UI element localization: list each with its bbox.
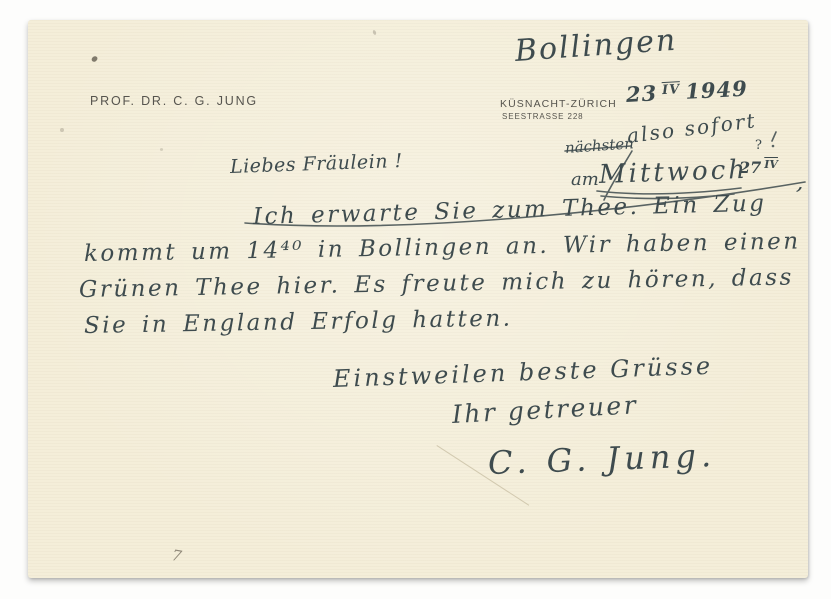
handwritten-date: 23 IV 1949 — [625, 76, 748, 107]
annotation-prefix: am — [571, 169, 599, 190]
closing-greeting: Einstweilen beste Grüsse — [333, 352, 714, 393]
closing-valediction: Ihr getreuer — [451, 390, 639, 429]
body-line-3: Grünen Thee hier. Es freute mich zu höre… — [79, 265, 794, 303]
annotation-inserted-text: also sofort — [626, 108, 758, 148]
insert-tick-stroke — [772, 132, 776, 141]
date-month-roman: IV — [662, 82, 681, 98]
body-line-2: kommt um 14⁴⁰ in Bollingen an. Wir haben… — [84, 228, 801, 267]
annotation-date: 27 IV — [739, 158, 778, 177]
body-line-4: Sie in England Erfolg hatten. — [84, 306, 513, 339]
annotation-date-month-roman: IV — [764, 158, 778, 171]
handwritten-place: Bollingen — [514, 23, 679, 69]
letterhead-name: PROF. DR. C. G. JUNG — [90, 94, 258, 108]
annotation-comma: , — [795, 170, 805, 196]
annotation-crossed-word: nächsten — [564, 134, 634, 157]
paper-speck — [60, 128, 64, 132]
salutation: Liebes Fräulein ! — [230, 150, 403, 178]
signature-cg-jung: C. G. Jung. — [487, 436, 716, 482]
date-day: 23 — [625, 80, 657, 107]
letter-paper: PROF. DR. C. G. JUNG KÜSNACHT-ZÜRICH SEE… — [28, 20, 808, 578]
body-line-1: Ich erwarte Sie zum Thee. Ein Zug — [253, 191, 767, 230]
annotation-date-day: 27 — [739, 158, 761, 177]
annotation-day-word: Mittwoch — [598, 155, 748, 190]
date-year: 1949 — [685, 76, 749, 104]
paper-speck — [91, 55, 99, 63]
paper-speck — [372, 30, 377, 36]
letterhead-city: KÜSNACHT-ZÜRICH — [500, 98, 617, 110]
annotation-question-mark: ? — [755, 138, 762, 153]
photo-background: PROF. DR. C. G. JUNG KÜSNACHT-ZÜRICH SEE… — [0, 0, 831, 599]
insert-tick-dot — [772, 145, 775, 148]
letterhead-street: SEESTRASSE 228 — [502, 112, 584, 121]
paper-speck — [160, 148, 163, 151]
pencil-mark: 7 — [170, 546, 183, 565]
